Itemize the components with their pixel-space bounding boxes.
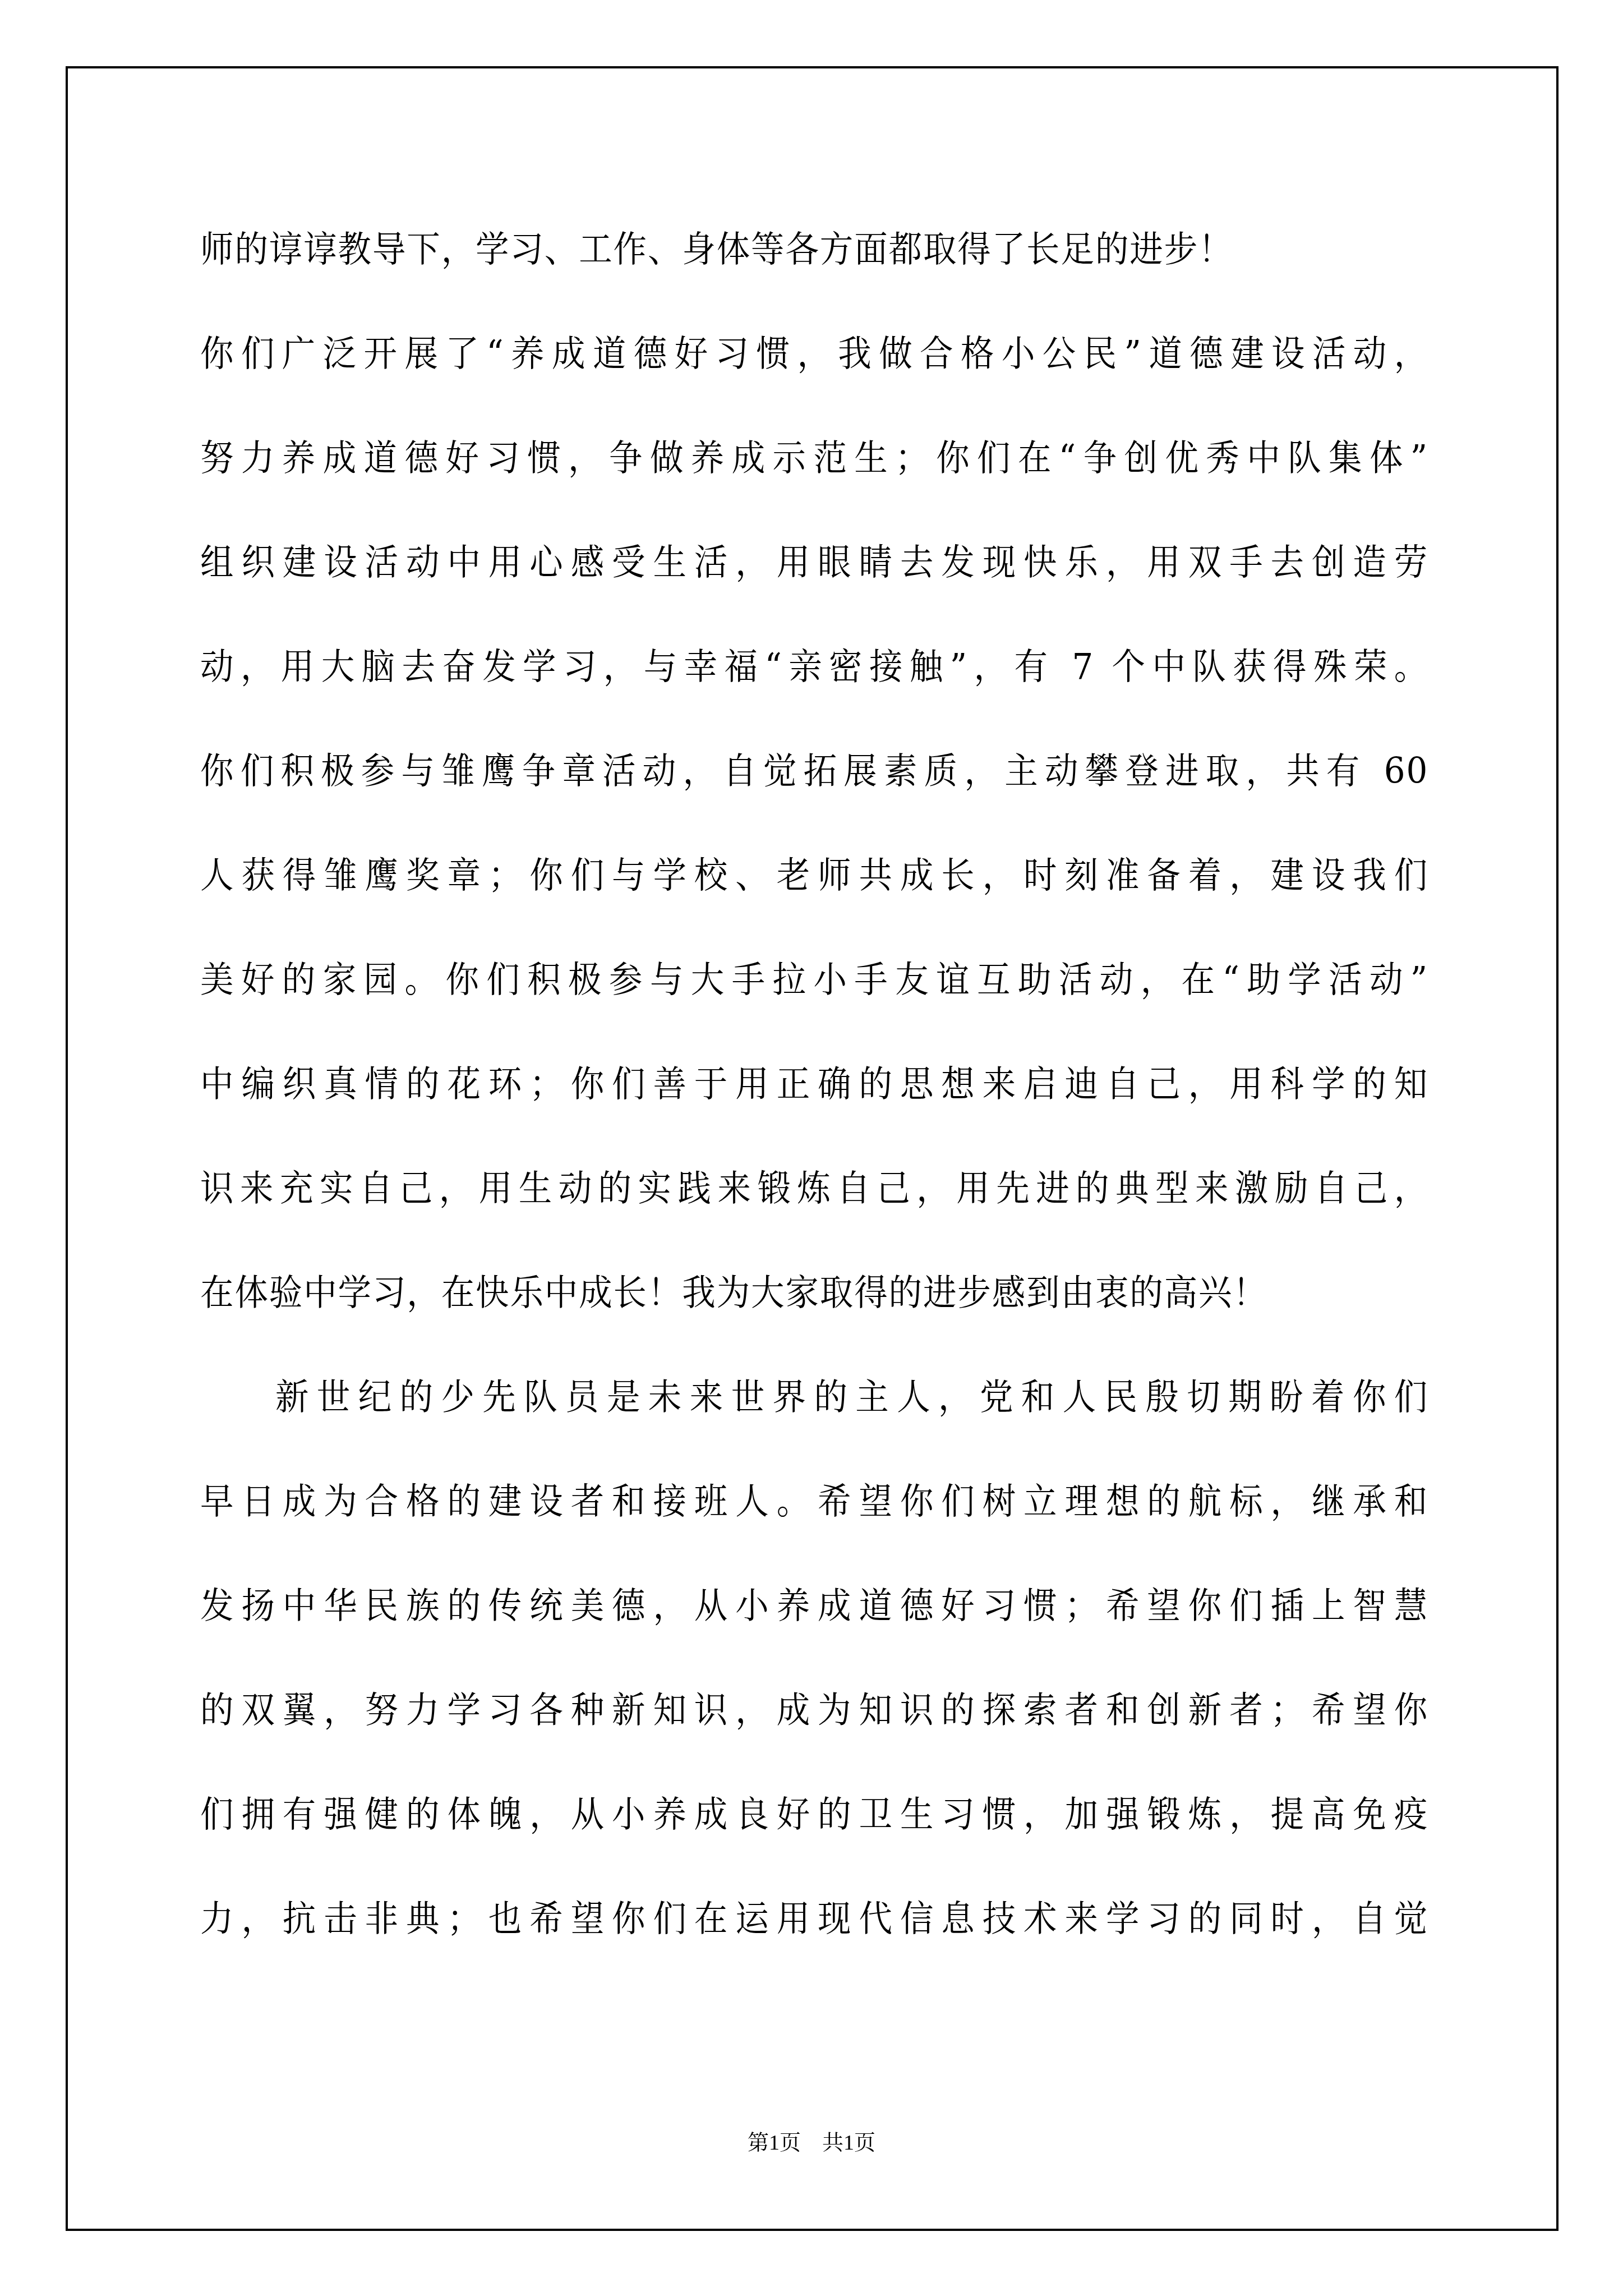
text-line: 组织建设活动中用心感受生活，用眼睛去发现快乐，用双手去创造劳 xyxy=(200,537,1428,642)
body-text: 师的谆谆教导下，学习、工作、身体等各方面都取得了长足的进步！ 你们广泛开展了“养… xyxy=(200,224,1428,1998)
page-number-footer: 第1页 共1页 xyxy=(0,2129,1623,2157)
text-line: 在体验中学习，在快乐中成长！我为大家取得的进步感到由衷的高兴！ xyxy=(200,1268,1428,1372)
text-line: 们拥有强健的体魄，从小养成良好的卫生习惯，加强锻炼，提高免疫 xyxy=(200,1789,1428,1894)
text-line: 发扬中华民族的传统美德，从小养成道德好习惯；希望你们插上智慧 xyxy=(200,1581,1428,1685)
text-line: 的双翼，努力学习各种新知识，成为知识的探索者和创新者；希望你 xyxy=(200,1685,1428,1789)
text-line: 识来充实自己，用生动的实践来锻炼自己，用先进的典型来激励自己， xyxy=(200,1163,1428,1268)
text-line: 动，用大脑去奋发学习，与幸福“亲密接触”，有 7 个中队获得殊荣。 xyxy=(200,642,1428,746)
text-line: 力，抗击非典；也希望你们在运用现代信息技术来学习的同时，自觉 xyxy=(200,1894,1428,1998)
text-line: 美好的家园。你们积极参与大手拉小手友谊互助活动，在“助学活动” xyxy=(200,955,1428,1059)
text-line: 中编织真情的花环；你们善于用正确的思想来启迪自己，用科学的知 xyxy=(200,1059,1428,1163)
text-line: 人获得雏鹰奖章；你们与学校、老师共成长，时刻准备着，建设我们 xyxy=(200,850,1428,955)
text-line: 你们广泛开展了“养成道德好习惯，我做合格小公民”道德建设活动， xyxy=(200,329,1428,433)
text-line: 你们积极参与雏鹰争章活动，自觉拓展素质，主动攀登进取，共有 60 xyxy=(200,746,1428,850)
text-line: 努力养成道德好习惯，争做养成示范生；你们在“争创优秀中队集体” xyxy=(200,433,1428,537)
text-line-paragraph-start: 新世纪的少先队员是未来世界的主人，党和人民殷切期盼着你们 xyxy=(200,1372,1428,1476)
text-line: 早日成为合格的建设者和接班人。希望你们树立理想的航标，继承和 xyxy=(200,1476,1428,1581)
text-line: 师的谆谆教导下，学习、工作、身体等各方面都取得了长足的进步！ xyxy=(200,224,1428,329)
